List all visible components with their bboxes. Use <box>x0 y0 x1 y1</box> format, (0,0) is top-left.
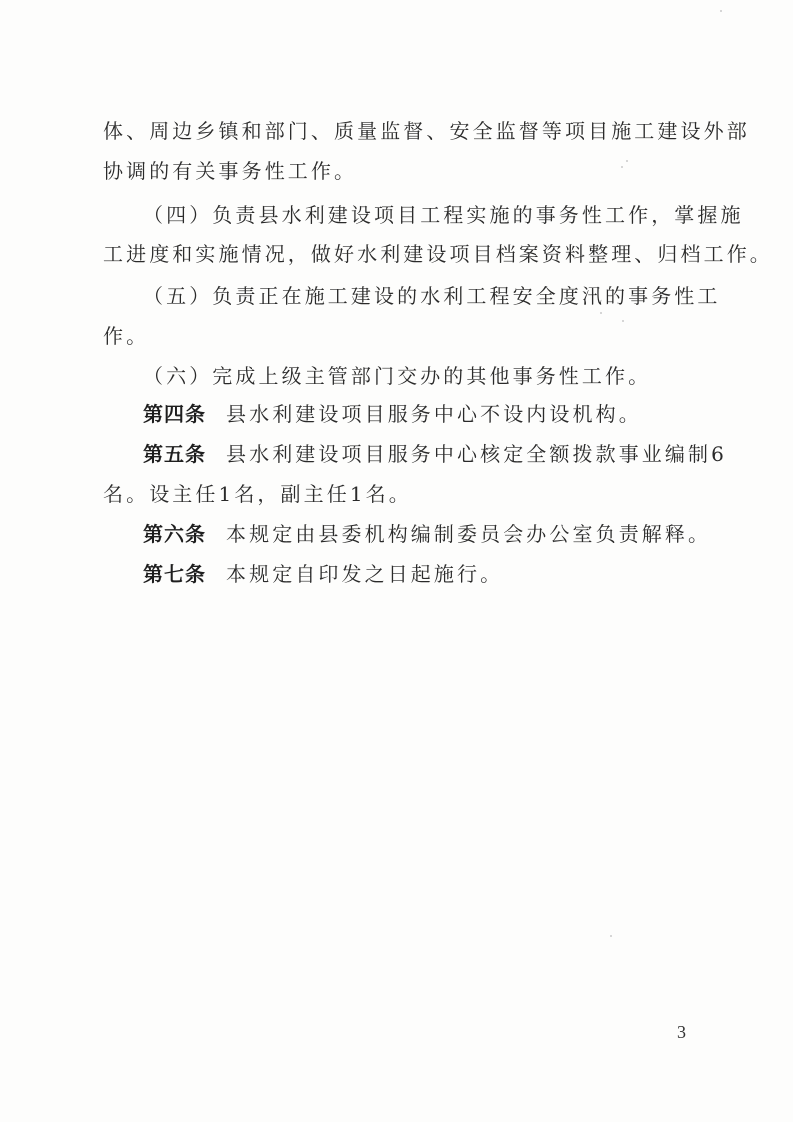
article-text: 县水利建设项目服务中心不设内设机构。 <box>226 402 642 426</box>
paragraph-line: 工进度和实施情况，做好水利建设项目档案资料整理、归档工作。 <box>103 240 703 268</box>
scan-speck <box>720 10 722 12</box>
article-heading: 第四条 <box>143 402 206 426</box>
paragraph-line: 体、周边乡镇和部门、质量监督、安全监督等项目施工建设外部 <box>103 117 703 145</box>
article-text: 县水利建设项目服务中心核定全额拨款事业编制6 <box>226 442 727 466</box>
article-5-continuation: 名。设主任1名，副主任1名。 <box>103 480 703 508</box>
scan-speck <box>622 320 624 322</box>
article-text: 本规定由县委机构编制委员会办公室负责解释。 <box>226 522 711 546</box>
article-5: 第五条县水利建设项目服务中心核定全额拨款事业编制6 <box>143 440 743 468</box>
article-heading: 第七条 <box>143 562 206 586</box>
paragraph-line: （四）负责县水利建设项目工程实施的事务性工作，掌握施 <box>143 201 743 229</box>
paragraph-line: 协调的有关事务性工作。 <box>103 157 703 185</box>
paragraph-line: 作。 <box>103 322 703 350</box>
document-page: 体、周边乡镇和部门、质量监督、安全监督等项目施工建设外部 协调的有关事务性工作。… <box>0 0 793 1122</box>
article-4: 第四条县水利建设项目服务中心不设内设机构。 <box>143 400 743 428</box>
article-6: 第六条本规定由县委机构编制委员会办公室负责解释。 <box>143 520 743 548</box>
paragraph-line: （六）完成上级主管部门交办的其他事务性工作。 <box>143 362 743 390</box>
article-heading: 第五条 <box>143 442 206 466</box>
paragraph-line: （五）负责正在施工建设的水利工程安全度汛的事务性工 <box>143 282 743 310</box>
scan-speck <box>621 166 623 168</box>
article-heading: 第六条 <box>143 522 206 546</box>
scan-speck <box>610 935 612 937</box>
scan-speck <box>600 312 602 314</box>
page-number: 3 <box>677 1022 686 1043</box>
article-7: 第七条本规定自印发之日起施行。 <box>143 560 743 588</box>
article-text: 本规定自印发之日起施行。 <box>226 562 503 586</box>
scan-speck <box>626 160 628 162</box>
